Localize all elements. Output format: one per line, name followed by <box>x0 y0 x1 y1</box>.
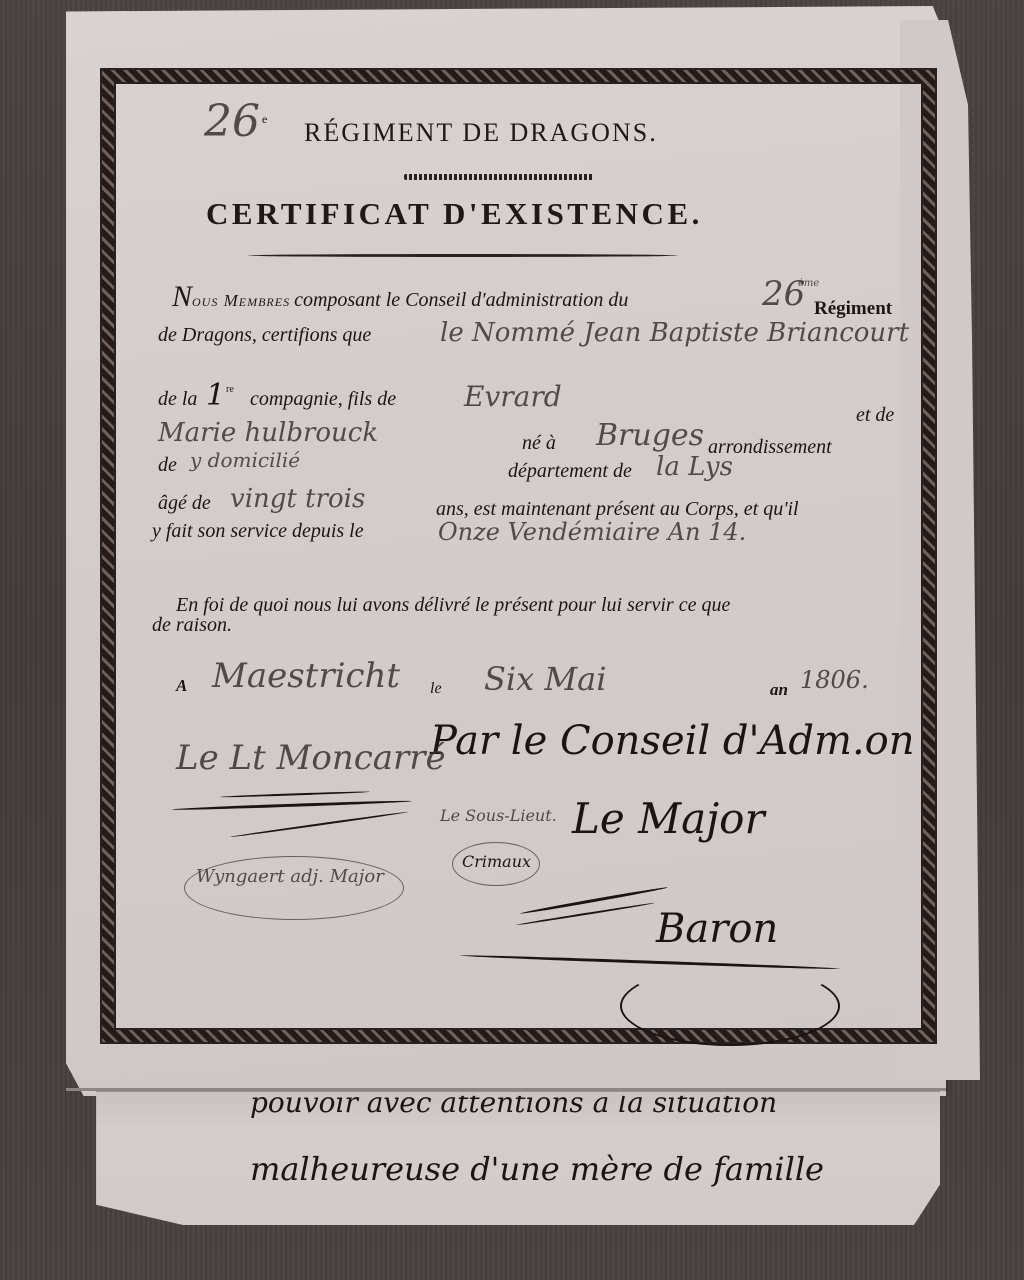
title-underline <box>248 254 678 257</box>
year-prefix: an <box>770 680 788 700</box>
company-suffix: re <box>226 384 234 395</box>
middle-signature-title: Le Sous-Lieut. <box>440 806 557 825</box>
place-prefix: A <box>176 676 187 696</box>
nous-membres: ous Membres <box>192 291 290 310</box>
drop-initial: N <box>172 280 192 313</box>
signature-flourish-loop <box>620 966 840 1046</box>
council-heading-handwritten: Par le Conseil d'Adm.on <box>430 718 915 764</box>
body-line-7: y fait son service depuis le <box>152 520 364 543</box>
body-line-4a: né à <box>522 432 556 455</box>
regiment-suffix-body: ème <box>798 278 819 289</box>
body-line-3c: et de <box>856 404 894 427</box>
company-number-handwritten: 1 <box>206 378 225 413</box>
regiment-number-handwritten: 26 <box>204 96 260 147</box>
body-line-6a: âgé de <box>158 492 211 515</box>
certificate-title: CERTIFICAT D'EXISTENCE. <box>206 196 703 232</box>
body-text: composant le Conseil d'administration du <box>294 289 628 311</box>
soldier-name-handwritten: le Nommé Jean Baptiste Briancourt <box>440 318 909 348</box>
year-handwritten: 1806. <box>800 666 869 694</box>
left-lower-signature: Wyngaert adj. Major <box>196 866 384 887</box>
department-handwritten: la Lys <box>656 452 733 482</box>
service-date-handwritten: Onze Vendémiaire An 14. <box>438 518 746 546</box>
body-line-3a: de la <box>158 388 197 411</box>
regiment-title: RÉGIMENT DE DRAGONS. <box>304 118 658 148</box>
date-prefix: le <box>430 680 442 698</box>
closing-paragraph: En foi de quoi nous lui avons délivré le… <box>176 594 730 617</box>
fold-line <box>66 1088 946 1091</box>
place-handwritten: Maestricht <box>212 656 400 696</box>
body-line-1: Nous Membres composant le Conseil d'admi… <box>172 280 628 314</box>
closing-paragraph-end: de raison. <box>152 614 232 637</box>
regiment-suffix: e <box>262 112 267 127</box>
regiment-word: Régiment <box>814 298 892 320</box>
major-signature: Baron <box>656 906 778 952</box>
lower-fold-line-2: malheureuse d'une mère de famille <box>250 1150 824 1188</box>
middle-signature-name: Crimaux <box>462 852 531 871</box>
birthplace-handwritten: Bruges <box>596 418 704 453</box>
body-line-3b: compagnie, fils de <box>250 388 396 411</box>
mother-name-handwritten: Marie hulbrouck <box>158 418 378 448</box>
father-name-handwritten: Evrard <box>464 380 562 413</box>
age-handwritten: vingt trois <box>230 484 365 514</box>
major-title-handwritten: Le Major <box>572 794 765 843</box>
domicile-handwritten: y domicilié <box>190 448 300 472</box>
body-line-2: de Dragons, certifions que <box>158 324 371 347</box>
date-handwritten: Six Mai <box>484 660 606 698</box>
wavy-divider <box>404 174 594 180</box>
body-line-5b: département de <box>508 460 632 483</box>
left-signature: Le Lt Moncarré <box>176 738 446 778</box>
body-line-5a: de <box>158 454 177 477</box>
